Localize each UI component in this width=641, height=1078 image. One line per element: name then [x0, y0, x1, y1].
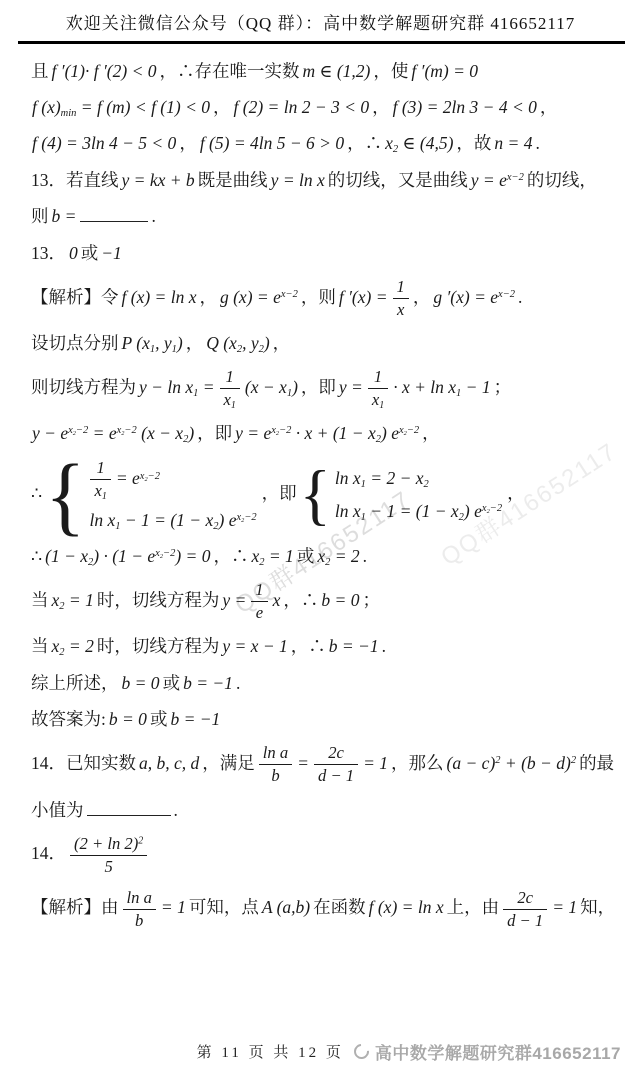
math-run: (1 − x2) · (1 − ex2−2) = 0	[43, 546, 212, 566]
math-run: · x + ln x1 − 1	[391, 377, 492, 397]
q13-setup-line: 设切点分别P (x1, y1)，Q (x2, y2)，	[30, 331, 617, 356]
text-run: ，	[421, 423, 441, 443]
math-run: f ′(m) = 0	[409, 61, 480, 81]
math-run: b = 0	[107, 709, 149, 729]
q14-problem-line-1: 14．已知实数a, b, c, d，满足ln ab=2cd − 1= 1，那么(…	[30, 743, 617, 786]
text-run: .	[517, 287, 523, 307]
math-run: b = −1	[181, 673, 235, 693]
q13-analysis-line-1: 【解析】令f (x) = ln x，g (x) = ex−2，则f ′(x) =…	[30, 277, 617, 320]
q12-n-conclusion-line: f (4) = 3ln 4 − 5 < 0，f (5) = 4ln 5 − 6 …	[30, 131, 617, 156]
text-run: ∴	[30, 483, 43, 503]
text-run: ，	[185, 333, 205, 353]
case-row: ln x1 = 2 − x2	[333, 466, 504, 491]
q13-factor-line: ∴(1 − x2) · (1 − ex2−2) = 0，∴x2 = 1或x2 =…	[30, 544, 617, 569]
fraction-denominator: b	[123, 910, 156, 931]
math-run: b = −1	[327, 636, 381, 656]
math-run: f ′(x) =	[337, 287, 390, 307]
text-run: .	[173, 800, 179, 820]
math-run: y =	[337, 377, 365, 397]
text-run: ，	[506, 483, 526, 503]
text-run: 且	[30, 61, 50, 81]
text-run: 的最	[578, 753, 615, 773]
q12-fmin-line: f (x)min = f (m) < f (1) < 0，f (2) = ln …	[30, 95, 617, 120]
math-run: ln x1 − 1 = (1 − x2) ex2−2	[87, 508, 258, 533]
text-run: 既是曲线	[197, 170, 269, 190]
text-run: ，	[412, 287, 432, 307]
text-run: ，∴	[212, 546, 249, 566]
fraction-denominator: 5	[70, 856, 147, 877]
math-run: b = −1	[168, 709, 222, 729]
math-run: f (3) = 2ln 3 − 4 < 0	[391, 97, 539, 117]
math-run: b = 0	[319, 590, 361, 610]
blank-underline	[80, 204, 148, 222]
document-page: 欢迎关注微信公众号（QQ 群）：高中数学解题研究群 416652117 QQ群4…	[0, 0, 641, 1078]
text-run: 当	[30, 590, 50, 610]
math-run: = ex2−2	[114, 466, 162, 491]
math-run: x	[271, 590, 283, 610]
math-run: (x − x1)	[243, 377, 300, 397]
fraction-denominator: b	[259, 765, 292, 786]
cases-group: {1x1= ex2−2ln x1 − 1 = (1 − x2) ex2−2	[45, 458, 259, 533]
fraction: ln ab	[120, 888, 159, 931]
page-footer: 第 11 页 共 12 页 高中数学解题研究群416652117	[0, 1039, 641, 1064]
text-run: .	[534, 133, 540, 153]
text-run: ，	[178, 133, 198, 153]
text-run: ∴	[30, 546, 43, 566]
fraction-numerator: ln a	[123, 888, 156, 910]
fraction-denominator: d − 1	[314, 765, 358, 786]
text-run: 或	[80, 243, 100, 263]
q13-case2-line: 当x2 = 2时，切线方程为y = x − 1，∴b = −1.	[30, 634, 617, 659]
q13-answer-line: 13．0或−1	[30, 241, 617, 266]
content-lines: 且f ′(1)· f ′(2) < 0，∴存在唯一实数m ∈ (1,2)，使f …	[0, 44, 641, 931]
text-run: ，即	[300, 377, 337, 397]
text-run: ，则	[300, 287, 337, 307]
math-run: y = kx + b	[120, 170, 197, 190]
math-run: x2 = 1	[249, 546, 295, 566]
math-run: =	[295, 753, 311, 773]
q14-problem-line-2: 小值为.	[30, 797, 617, 823]
text-run: 综上所述，	[30, 673, 120, 693]
brand-logo-icon	[351, 1041, 372, 1062]
math-run: n = 4	[492, 133, 534, 153]
text-run: ，	[272, 333, 292, 353]
fraction-numerator: ln a	[259, 743, 292, 765]
q13-problem-line-1: 13．若直线y = kx + b既是曲线y = ln x的切线，又是曲线y = …	[30, 168, 617, 193]
fraction: 2cd − 1	[311, 743, 361, 786]
math-run: m ∈ (1,2)	[301, 61, 373, 81]
case-row: ln x1 − 1 = (1 − x2) ex2−2	[333, 499, 504, 524]
fraction-denominator: x1	[90, 480, 110, 501]
text-run: ；	[361, 590, 381, 610]
fraction-numerator: 2c	[503, 888, 547, 910]
text-run: 当	[30, 636, 50, 656]
text-run: 或	[162, 673, 182, 693]
text-run: 设切点分别	[30, 333, 120, 353]
fraction-numerator: 1	[220, 367, 240, 389]
text-run: 可知，点	[188, 897, 260, 917]
fraction-denominator: d − 1	[503, 910, 547, 931]
math-run: = 1	[159, 897, 188, 917]
fraction-numerator: 1	[90, 458, 110, 480]
math-run: y = ln x	[269, 170, 327, 190]
math-run: f (2) = ln 2 − 3 < 0	[232, 97, 372, 117]
text-run: 知，	[579, 897, 616, 917]
text-run: ，即	[196, 423, 233, 443]
math-run: f (x) = ln x	[367, 897, 446, 917]
text-run: .	[362, 546, 368, 566]
fraction-numerator: (2 + ln 2)2	[70, 834, 147, 856]
math-run: (a − c)2 + (b − d)2	[445, 753, 579, 773]
math-run: x2 = 2	[315, 546, 361, 566]
text-run: ，	[539, 97, 559, 117]
q14-answer-line: 14．(2 + ln 2)25	[30, 834, 617, 877]
fraction-numerator: 2c	[314, 743, 358, 765]
cases-group: {ln x1 = 2 − x2ln x1 − 1 = (1 − x2) ex2−…	[300, 466, 504, 524]
q14-analysis-line-1: 【解析】由ln ab= 1可知，点A (a,b)在函数f (x) = ln x上…	[30, 888, 617, 931]
text-run: 时，切线方程为	[96, 590, 221, 610]
text-run: 或	[296, 546, 316, 566]
fraction: 2cd − 1	[500, 888, 550, 931]
cases-rows: ln x1 = 2 − x2ln x1 − 1 = (1 − x2) ex2−2	[333, 466, 504, 524]
text-run: ，∴存在唯一实数	[159, 61, 301, 81]
math-run: f ′(1)· f ′(2) < 0	[50, 61, 159, 81]
fraction: 1e	[248, 580, 270, 623]
math-run: b =	[50, 206, 79, 226]
math-run: f (5) = 4ln 5 − 6 > 0	[198, 133, 346, 153]
math-run: b = 0	[120, 673, 162, 693]
text-run: .	[235, 673, 241, 693]
math-run: 0	[67, 243, 80, 263]
text-run: ；	[493, 377, 513, 397]
math-run: = 1	[550, 897, 579, 917]
text-run: ，即	[261, 483, 298, 503]
math-run: y = ex2−2 · x + (1 − x2) ex2−2	[233, 423, 421, 443]
text-run: ，那么	[390, 753, 445, 773]
math-run: y − ex2−2 = ex2−2 (x − x2)	[30, 423, 196, 443]
text-run: ，	[371, 97, 391, 117]
math-run: P (x1, y1)	[120, 333, 185, 353]
math-run: y =	[220, 590, 248, 610]
case-row: ln x1 − 1 = (1 − x2) ex2−2	[87, 508, 258, 533]
math-run: g ′(x) = ex−2	[431, 287, 517, 307]
text-run: ，∴	[282, 590, 319, 610]
fraction: 1x	[390, 277, 412, 320]
fraction-denominator: e	[251, 602, 267, 623]
math-run: x2 = 1	[50, 590, 96, 610]
brand-text: 高中数学解题研究群416652117	[375, 1039, 621, 1064]
case-row: 1x1= ex2−2	[87, 458, 258, 501]
q13-case1-line: 当x2 = 1时，切线方程为y =1ex，∴b = 0；	[30, 580, 617, 623]
fraction-numerator: 1	[251, 580, 267, 602]
math-run: f (4) = 3ln 4 − 5 < 0	[30, 133, 178, 153]
math-run: ln x1 = 2 − x2	[333, 466, 431, 491]
text-run: ，∴	[290, 636, 327, 656]
text-run: 13．若直线	[30, 170, 120, 190]
math-run: y = ex−2	[469, 170, 526, 190]
fraction: 1x1	[217, 367, 243, 410]
text-run: 的切线，又是曲线	[327, 170, 469, 190]
text-run: 上，由	[446, 897, 501, 917]
fraction-numerator: 1	[393, 277, 409, 299]
text-run: ，	[198, 287, 218, 307]
q13-problem-line-2: 则b =.	[30, 204, 617, 230]
text-run: 的切线，	[526, 170, 598, 190]
math-run: = 1	[361, 753, 390, 773]
text-run: ，满足	[201, 753, 256, 773]
cases-rows: 1x1= ex2−2ln x1 − 1 = (1 − x2) ex2−2	[87, 458, 258, 533]
fraction: (2 + ln 2)25	[67, 834, 150, 877]
text-run: ，使	[372, 61, 409, 81]
page-number: 第 11 页 共 12 页	[197, 1041, 344, 1062]
text-run: .	[150, 206, 156, 226]
fraction: 1x1	[87, 458, 113, 501]
page-header: 欢迎关注微信公众号（QQ 群）：高中数学解题研究群 416652117	[0, 0, 641, 34]
math-run: f (x) = ln x	[120, 287, 199, 307]
text-run: 14．	[30, 843, 67, 863]
q13-summary-line: 综上所述，b = 0或b = −1.	[30, 671, 617, 696]
math-run: ln x1 − 1 = (1 − x2) ex2−2	[333, 499, 504, 524]
q12-derivative-sign-line: 且f ′(1)· f ′(2) < 0，∴存在唯一实数m ∈ (1,2)，使f …	[30, 59, 617, 84]
math-run: x2 = 2	[50, 636, 96, 656]
text-run: 或	[149, 709, 169, 729]
fraction-denominator: x1	[220, 389, 240, 410]
text-run: 【解析】由	[30, 897, 120, 917]
text-run: ，∴	[346, 133, 383, 153]
text-run: ，故	[455, 133, 492, 153]
text-run: ，	[212, 97, 232, 117]
fraction: 1x1	[365, 367, 391, 410]
header-title: 欢迎关注微信公众号（QQ 群）：高中数学解题研究群 416652117	[66, 14, 575, 33]
brace-icon: {	[300, 466, 331, 524]
text-run: 小值为	[30, 800, 85, 820]
text-run: 在函数	[312, 897, 367, 917]
q13-final-answer-line: 故答案为:b = 0或b = −1	[30, 707, 617, 732]
math-run: a, b, c, d	[137, 753, 201, 773]
q13-tangent1-line: 则切线方程为y − ln x1 =1x1(x − x1)，即y =1x1· x …	[30, 367, 617, 410]
math-run: g (x) = ex−2	[218, 287, 300, 307]
text-run: 则	[30, 206, 50, 226]
math-run: f (x)min = f (m) < f (1) < 0	[30, 97, 212, 117]
math-run: x2 ∈ (4,5)	[383, 133, 455, 153]
fraction: ln ab	[256, 743, 295, 786]
q13-tangent2-line: y − ex2−2 = ex2−2 (x − x2)，即y = ex2−2 · …	[30, 421, 617, 446]
fraction-denominator: x	[393, 299, 409, 320]
text-run: 时，切线方程为	[96, 636, 221, 656]
blank-underline	[87, 797, 171, 815]
q13-system-line: ∴{1x1= ex2−2ln x1 − 1 = (1 − x2) ex2−2，即…	[30, 458, 617, 533]
math-run: Q (x2, y2)	[204, 333, 271, 353]
text-run: .	[381, 636, 387, 656]
fraction-denominator: x1	[368, 389, 388, 410]
text-run: 【解析】令	[30, 287, 120, 307]
math-run: A (a,b)	[260, 897, 312, 917]
text-run: 故答案为:	[30, 709, 107, 729]
brace-icon: {	[45, 458, 85, 533]
math-run: y = x − 1	[220, 636, 289, 656]
fraction-numerator: 1	[368, 367, 388, 389]
brand-watermark: 高中数学解题研究群416652117	[354, 1039, 621, 1064]
text-run: 14．已知实数	[30, 753, 137, 773]
math-run: −1	[99, 243, 124, 263]
text-run: 则切线方程为	[30, 377, 137, 397]
math-run: y − ln x1 =	[137, 377, 217, 397]
text-run: 13．	[30, 243, 67, 263]
